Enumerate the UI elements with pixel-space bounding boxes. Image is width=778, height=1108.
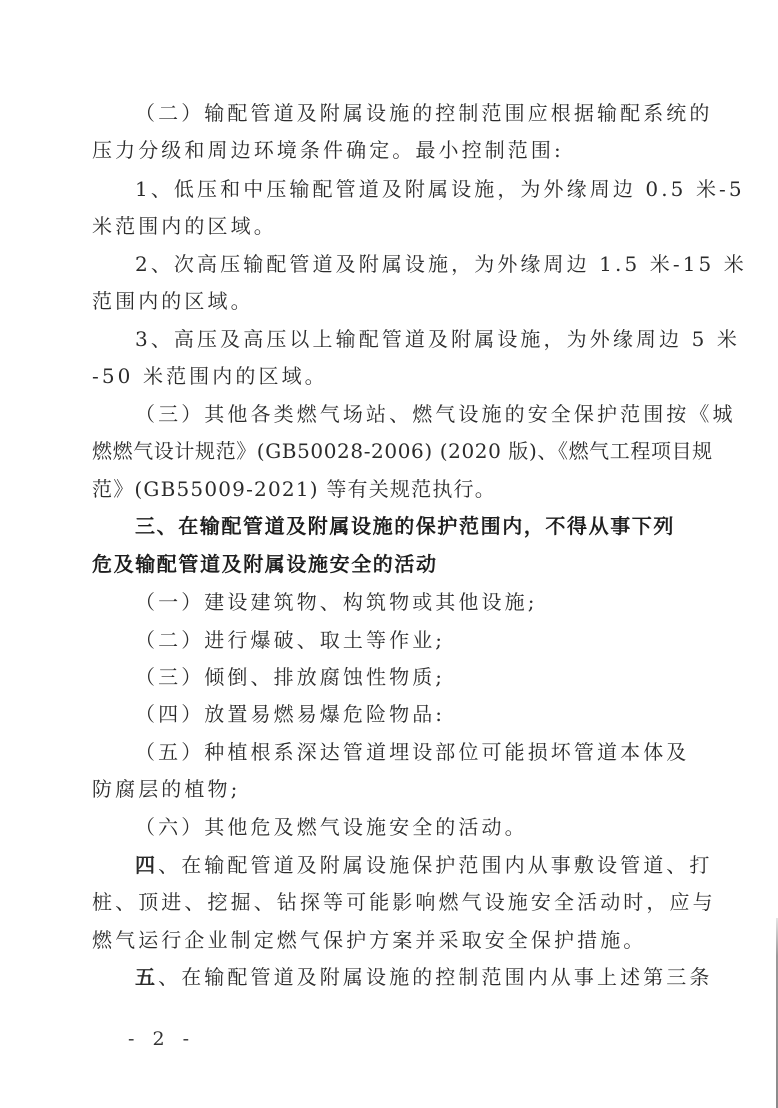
paragraph-line: 燃燃气设计规范》(GB50028-2006) (2020 版)、《燃气工程项目规 — [92, 438, 692, 464]
list-item: （一）建设建筑物、构筑物或其他设施; — [135, 589, 735, 615]
section-number: 五 — [135, 965, 158, 989]
paragraph-line: 3、高压及高压以上输配管道及附属设施，为外缘周边 5 米 — [135, 326, 735, 352]
list-item: （二）进行爆破、取土等作业; — [135, 627, 735, 653]
paragraph-line: 米范围内的区域。 — [92, 213, 692, 239]
paragraph-line: -50 米范围内的区域。 — [92, 363, 692, 389]
paragraph-line: 1、低压和中压输配管道及附属设施，为外缘周边 0.5 米-5 — [135, 176, 735, 202]
document-page: （二）输配管道及附属设施的控制范围应根据输配系统的 压力分级和周边环境条件确定。… — [0, 0, 778, 1108]
paragraph-line: 五、在输配管道及附属设施的控制范围内从事上述第三条 — [135, 964, 735, 990]
paragraph-line: 燃气运行企业制定燃气保护方案并采取安全保护措施。 — [92, 927, 692, 953]
list-item: （四）放置易燃易爆危险物品: — [135, 701, 735, 727]
paragraph-line: 2、次高压输配管道及附属设施，为外缘周边 1.5 米-15 米 — [135, 251, 735, 277]
section-number: 四 — [135, 853, 158, 877]
section-heading: 三、在输配管道及附属设施的保护范围内，不得从事下列 — [135, 513, 735, 539]
paragraph-line: 桩、顶进、挖掘、钻探等可能影响燃气设施安全活动时，应与 — [92, 889, 692, 915]
section-text: 、在输配管道及附属设施保护范围内从事敷设管道、打 — [158, 853, 712, 877]
list-item: （六）其他危及燃气设施安全的活动。 — [135, 814, 735, 840]
paragraph-line: 范》(GB55009-2021) 等有关规范执行。 — [92, 476, 692, 502]
section-heading: 危及输配管道及附属设施安全的活动 — [92, 551, 692, 577]
list-item: 防腐层的植物; — [92, 776, 692, 802]
list-item: （三）倾倒、排放腐蚀性物质; — [135, 664, 735, 690]
paragraph-line: 压力分级和周边环境条件确定。最小控制范围: — [92, 137, 692, 163]
page-number: - 2 - — [128, 1028, 195, 1050]
list-item: （五）种植根系深达管道埋设部位可能损坏管道本体及 — [135, 739, 735, 765]
paragraph-line: （二）输配管道及附属设施的控制范围应根据输配系统的 — [135, 100, 735, 126]
section-text: 、在输配管道及附属设施的控制范围内从事上述第三条 — [158, 965, 712, 989]
paragraph-line: 四、在输配管道及附属设施保护范围内从事敷设管道、打 — [135, 852, 735, 878]
paragraph-line: 范围内的区域。 — [92, 288, 692, 314]
paragraph-line: （三）其他各类燃气场站、燃气设施的安全保护范围按《城 — [135, 401, 735, 427]
